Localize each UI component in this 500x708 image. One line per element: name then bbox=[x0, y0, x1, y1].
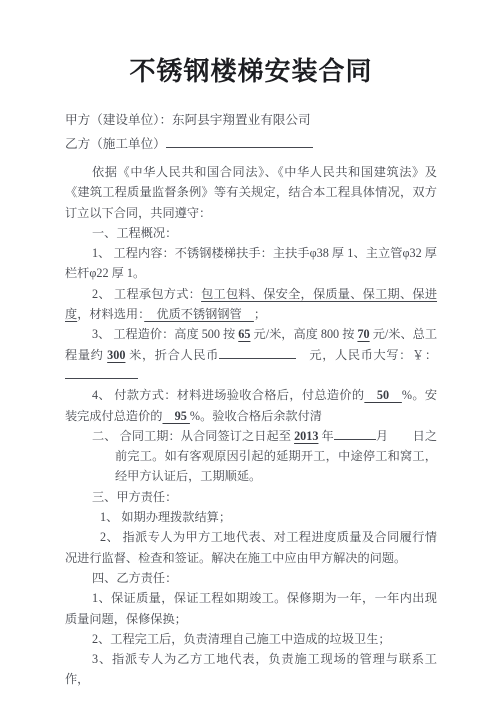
item-1-1-scope: 1、 工程内容：不锈钢楼梯扶手：主扶手φ38 厚 1、主立管φ32 厚栏杆φ22… bbox=[65, 243, 437, 284]
fill-in-blank bbox=[219, 347, 296, 359]
text-segment: 3、指派专人为乙方工地代表，负责施工现场的管理与联系工作， bbox=[65, 652, 437, 686]
item-4-3: 3、指派专人为乙方工地代表，负责施工现场的管理与联系工作， bbox=[65, 649, 437, 690]
text-segment: 三、甲方责任： bbox=[92, 490, 177, 504]
text-segment: 300 bbox=[107, 348, 125, 362]
text-segment: 65 bbox=[238, 327, 250, 341]
text-segment: 2、 工程承包方式： bbox=[92, 287, 201, 301]
party-b-line: 乙方（施工单位） bbox=[65, 132, 437, 156]
text-segment: 1、保证质量，保证工程如期竣工。保修期为一年，一年内出现质量问题，保修保换； bbox=[65, 591, 437, 625]
page-content: 不锈钢楼梯安装合同 甲方（建设单位）：东阿县宇翔置业有限公司乙方（施工单位）依据… bbox=[0, 0, 500, 690]
text-segment: 元，人民币大写：￥： bbox=[296, 348, 437, 362]
text-segment: 元/米，高度 800 按 bbox=[250, 327, 357, 341]
text-segment: 3、 工程造价：高度 500 按 bbox=[92, 327, 238, 341]
fill-in-blank bbox=[334, 428, 376, 440]
item-3-1: 1、 如期办理拨款结算； bbox=[65, 507, 437, 527]
item-4-1: 1、保证质量，保证工程如期竣工。保修期为一年，一年内出现质量问题，保修保换； bbox=[65, 588, 437, 629]
text-segment: 米，折合人民币 bbox=[125, 348, 218, 362]
text-segment: 二、 合同工期：从合同签订之日起至 bbox=[92, 429, 294, 443]
text-segment: 一、工程概况： bbox=[92, 226, 177, 240]
item-1-3-price: 3、 工程造价：高度 500 按 65 元/米，高度 800 按 70 元/米、… bbox=[65, 324, 437, 385]
text-segment: 70 bbox=[357, 327, 369, 341]
text-segment: 年 bbox=[318, 429, 333, 443]
item-3-2: 2、 指派专人为甲方工地代表、对工程进度质量及合同履行情况进行监督、检查和签证。… bbox=[65, 527, 437, 568]
text-segment: 甲方（建设单位）：东阿县宇翔置业有限公司 bbox=[65, 113, 311, 127]
text-segment: 2013 bbox=[294, 429, 318, 443]
document-title: 不锈钢楼梯安装合同 bbox=[65, 56, 437, 86]
text-segment: 2、工程完工后，负责清理自己施工中造成的垃圾卫生； bbox=[92, 632, 391, 646]
fill-in-blank bbox=[166, 136, 313, 148]
text-segment: 95 bbox=[163, 409, 190, 423]
text-segment: %。验收合格后余款付清 bbox=[190, 409, 322, 423]
item-4-2: 2、工程完工后，负责清理自己施工中造成的垃圾卫生； bbox=[65, 629, 437, 649]
item-1-4-payment: 4、 付款方式：材料进场验收合格后，付总造价的 50 %。安装完成付总造价的 9… bbox=[65, 385, 437, 426]
section-2-duration: 二、 合同工期：从合同签订之日起至 2013 年月 日之前完工。如有客观原因引起… bbox=[65, 426, 437, 487]
document-body: 甲方（建设单位）：东阿县宇翔置业有限公司乙方（施工单位）依据《中华人民共和国合同… bbox=[65, 108, 437, 690]
text-segment: ； bbox=[254, 307, 266, 321]
contract-page: 不锈钢楼梯安装合同 甲方（建设单位）：东阿县宇翔置业有限公司乙方（施工单位）依据… bbox=[0, 0, 500, 708]
text-segment: 1、 工程内容：不锈钢楼梯扶手：主扶手φ38 厚 1、主立管φ32 厚栏杆φ22… bbox=[65, 246, 437, 280]
text-segment: 乙方（施工单位） bbox=[65, 137, 166, 151]
preamble: 依据《中华人民共和国合同法》、《中华人民共和国建筑法》及《建筑工程质量监督条例》… bbox=[65, 162, 437, 223]
item-1-2-contract-mode: 2、 工程承包方式：包工包料、保安全，保质量、保工期、保进度，材料选用： 优质不… bbox=[65, 284, 437, 325]
section-4-heading: 四、乙方责任： bbox=[65, 568, 437, 588]
text-segment: 2、 指派专人为甲方工地代表、对工程进度质量及合同履行情况进行监督、检查和签证。… bbox=[65, 530, 437, 564]
text-segment: 4、 付款方式：材料进场验收合格后，付总造价的 bbox=[92, 388, 364, 402]
fill-in-blank bbox=[65, 367, 138, 379]
text-segment: 依据《中华人民共和国合同法》、《中华人民共和国建筑法》及《建筑工程质量监督条例》… bbox=[65, 165, 437, 220]
section-3-heading: 三、甲方责任： bbox=[65, 487, 437, 507]
text-segment: 优质不锈钢钢管 bbox=[144, 307, 254, 321]
text-segment: 1、 如期办理拨款结算； bbox=[100, 510, 231, 524]
party-a-line: 甲方（建设单位）：东阿县宇翔置业有限公司 bbox=[65, 108, 437, 132]
section-1-heading: 一、工程概况： bbox=[65, 223, 437, 243]
text-segment: 四、乙方责任： bbox=[92, 571, 177, 585]
text-segment: 50 bbox=[364, 388, 402, 402]
text-segment: ，材料选用： bbox=[77, 307, 144, 321]
